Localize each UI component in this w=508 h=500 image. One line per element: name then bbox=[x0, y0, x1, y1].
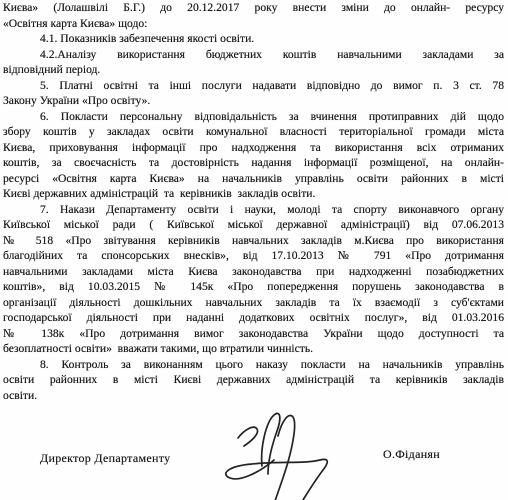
signoff-role: Директор Департаменту bbox=[40, 451, 170, 466]
text-line: Києві державних адміністрацій та керівни… bbox=[3, 186, 504, 202]
text-line: 5. Платні освітні та інші послуги надава… bbox=[3, 78, 504, 94]
text-line: № 518 «Про звітування керівників навчаль… bbox=[3, 233, 504, 249]
text-line: ресурсі «Освітня карта Києва» на начальн… bbox=[3, 171, 504, 187]
document-body-text: Києва» (Лолашвілі Б.Г.) до 20.12.2017 ро… bbox=[3, 0, 504, 403]
text-line: № 138к «Про дотримання вимог законодавст… bbox=[3, 326, 504, 342]
text-line: збору коштів у закладах освіти комунальн… bbox=[3, 124, 504, 140]
handwritten-signature bbox=[216, 404, 342, 500]
text-line: 7. Накази Департаменту освіти і науки, м… bbox=[3, 202, 504, 218]
text-line: відповідний період. bbox=[3, 62, 504, 78]
text-line: Київської міської ради ( Київської міськ… bbox=[3, 217, 504, 233]
document-page: Києва» (Лолашвілі Б.Г.) до 20.12.2017 ро… bbox=[0, 0, 508, 500]
text-line: господарської діяльності при наданні дод… bbox=[3, 310, 504, 326]
text-line: 8. Контроль за виконанням цього наказу п… bbox=[3, 357, 504, 373]
text-line: освіти. bbox=[3, 388, 504, 404]
text-line: 4.1. Показників забезпечення якості осві… bbox=[3, 31, 504, 47]
signoff-name: О.Фіданян bbox=[383, 447, 440, 462]
text-line: 4.2.Аналізу використання бюджетних кошті… bbox=[3, 47, 504, 63]
text-line: «Освітня карта Києва» щодо: bbox=[3, 16, 504, 32]
text-line: 6. Покласти персональну відповідальність… bbox=[3, 109, 504, 125]
text-line: безоплатності освіти» вважати такими, що… bbox=[3, 341, 504, 357]
text-line: освіти районних в місті Києві державних … bbox=[3, 372, 504, 388]
text-line: навчальними закладами міста Києва законо… bbox=[3, 264, 504, 280]
text-line: благодійних та спонсорських внесків», ві… bbox=[3, 248, 504, 264]
text-line: Києва» (Лолашвілі Б.Г.) до 20.12.2017 ро… bbox=[3, 0, 504, 16]
text-line: коштів», від 10.03.2015 № 145к «Про попе… bbox=[3, 279, 504, 295]
text-line: організації діяльності дошкільних навчал… bbox=[3, 295, 504, 311]
text-line: коштів, за своєчасність та достовірність… bbox=[3, 155, 504, 171]
text-line: Закону України «Про освіту». bbox=[3, 93, 504, 109]
text-line: Києва, приховування інформації про надхо… bbox=[3, 140, 504, 156]
